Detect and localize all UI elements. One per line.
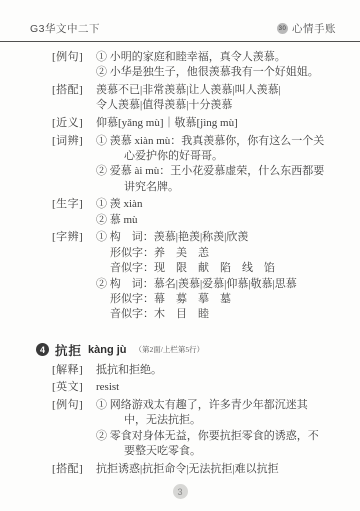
entry-pinyin: kàng jù (88, 344, 127, 356)
section-lines: ① 构 词：羡慕|艳羡|称羡|欣羡形似字：养 美 恙音似字：现 限 献 陷 线 … (96, 230, 342, 322)
entry-content: [解释]抵抗和拒绝。[英文]resist[例句]① 网络游戏太有趣了，许多青少年… (0, 363, 360, 477)
section-block: [词辨]① 羡慕 xiàn mù：我真羡慕你，你有这么一个关心爱护你的好哥哥。②… (52, 134, 342, 196)
content-line: 抗拒诱惑|抗拒命令|无法抗拒|难以抗拒 (96, 462, 342, 477)
section-block: [近义]仰慕[yǎng mù]｜敬慕[jìng mù] (52, 116, 342, 131)
vocab-handbook-page: G3华文中二下 30 心情手账 [例句]① 小明的家庭和睦幸福，真令人羡慕。② … (0, 0, 360, 511)
section-label: [例句] (52, 50, 96, 81)
content-line: ① 羡 xiàn (96, 197, 342, 212)
content-line: 抵抗和拒绝。 (96, 363, 342, 378)
section-label: [近义] (52, 116, 96, 131)
content-line: ② 慕 mù (96, 213, 342, 228)
section-label: [生字] (52, 197, 96, 228)
entries: [例句]① 小明的家庭和睦幸福，真令人羡慕。② 小华是独生子，他很羡慕我有一个好… (0, 50, 360, 481)
section-block: [英文]resist (52, 380, 342, 395)
entry-source-ref: （第2面/上栏第5行） (133, 344, 205, 355)
section-block: [例句]① 小明的家庭和睦幸福，真令人羡慕。② 小华是独生子，他很羡慕我有一个好… (52, 50, 342, 81)
section-lines: ① 羡慕 xiàn mù：我真羡慕你，你有这么一个关心爱护你的好哥哥。② 爱慕 … (96, 134, 342, 196)
header-right-group: 30 心情手账 (277, 21, 336, 36)
content-line: 要整天吃零食。 (96, 444, 342, 459)
section-block: [搭配]抗拒诱惑|抗拒命令|无法抗拒|难以抗拒 (52, 462, 342, 477)
entry-content: [例句]① 小明的家庭和睦幸福，真令人羡慕。② 小华是独生子，他很羡慕我有一个好… (0, 50, 360, 323)
page-footer: 3 (0, 484, 360, 499)
content-line: 音似字：木 目 睦 (96, 307, 342, 322)
section-lines: 仰慕[yǎng mù]｜敬慕[jìng mù] (96, 116, 342, 131)
content-line: 仰慕[yǎng mù]｜敬慕[jìng mù] (96, 116, 342, 131)
section-lines: 抗拒诱惑|抗拒命令|无法抗拒|难以抗拒 (96, 462, 342, 477)
entry-word: 抗拒 (55, 341, 82, 359)
section-lines: ① 小明的家庭和睦幸福，真令人羡慕。② 小华是独生子，他很羡慕我有一个好姐姐。 (96, 50, 342, 81)
content-line: ② 构 词：慕名|羡慕|爱慕|仰慕|敬慕|思慕 (96, 277, 342, 292)
content-line: resist (96, 380, 342, 395)
section-label: [搭配] (52, 462, 96, 477)
content-line: ② 零食对身体无益，你要抗拒零食的诱惑，不 (96, 429, 342, 444)
section-lines: ① 网络游戏太有趣了，许多青少年都沉迷其中，无法抗拒。② 零食对身体无益，你要抗… (96, 398, 342, 460)
header-divider (0, 41, 360, 42)
content-line: 羡慕不已|非常羡慕|让人羡慕|叫人羡慕| (96, 83, 342, 98)
section-label: [字辨] (52, 230, 96, 322)
section-block: [例句]① 网络游戏太有趣了，许多青少年都沉迷其中，无法抗拒。② 零食对身体无益… (52, 398, 342, 460)
section-label: [搭配] (52, 83, 96, 114)
content-line: 讲究名牌。 (96, 180, 342, 195)
content-line: 中，无法抗拒。 (96, 413, 342, 428)
page-number-badge: 3 (173, 484, 188, 499)
section-lines: ① 羡 xiàn② 慕 mù (96, 197, 342, 228)
section-block: [生字]① 羡 xiàn② 慕 mù (52, 197, 342, 228)
header-unit-title: 心情手账 (292, 21, 336, 36)
section-label: [英文] (52, 380, 96, 395)
section-block: [搭配]羡慕不已|非常羡慕|让人羡慕|叫人羡慕|令人羡慕|值得羡慕|十分羡慕 (52, 83, 342, 114)
content-line: 心爱护你的好哥哥。 (96, 149, 342, 164)
entry-gap (0, 477, 360, 481)
header-left-title: G3华文中二下 (30, 21, 100, 36)
content-line: ② 爱慕 ài mù：王小花爱慕虚荣，什么东西都要 (96, 164, 342, 179)
entry-gap (0, 323, 360, 327)
section-label: [例句] (52, 398, 96, 460)
section-label: [词辨] (52, 134, 96, 196)
content-line: 形似字：养 美 恙 (96, 246, 342, 261)
page-header: G3华文中二下 30 心情手账 (0, 0, 360, 41)
content-line: ② 小华是独生子，他很羡慕我有一个好姐姐。 (96, 65, 342, 80)
section-lines: resist (96, 380, 342, 395)
section-label: [解释] (52, 363, 96, 378)
section-block: [字辨]① 构 词：羡慕|艳羡|称羡|欣羡形似字：养 美 恙音似字：现 限 献 … (52, 230, 342, 322)
content-line: 音似字：现 限 献 陷 线 馅 (96, 261, 342, 276)
section-block: [解释]抵抗和拒绝。 (52, 363, 342, 378)
entry-header: 4抗拒kàng jù（第2面/上栏第5行） (36, 341, 342, 359)
content-line: ① 羡慕 xiàn mù：我真羡慕你，你有这么一个关 (96, 134, 342, 149)
content-line: ① 构 词：羡慕|艳羡|称羡|欣羡 (96, 230, 342, 245)
entry-number-badge: 4 (36, 343, 49, 356)
content-line: 形似字：幕 募 摹 墓 (96, 292, 342, 307)
content-line: 令人羡慕|值得羡慕|十分羡慕 (96, 98, 342, 113)
unit-badge-icon: 30 (277, 23, 288, 34)
content-line: ① 网络游戏太有趣了，许多青少年都沉迷其 (96, 398, 342, 413)
content-line: ① 小明的家庭和睦幸福，真令人羡慕。 (96, 50, 342, 65)
section-lines: 羡慕不已|非常羡慕|让人羡慕|叫人羡慕|令人羡慕|值得羡慕|十分羡慕 (96, 83, 342, 114)
section-lines: 抵抗和拒绝。 (96, 363, 342, 378)
